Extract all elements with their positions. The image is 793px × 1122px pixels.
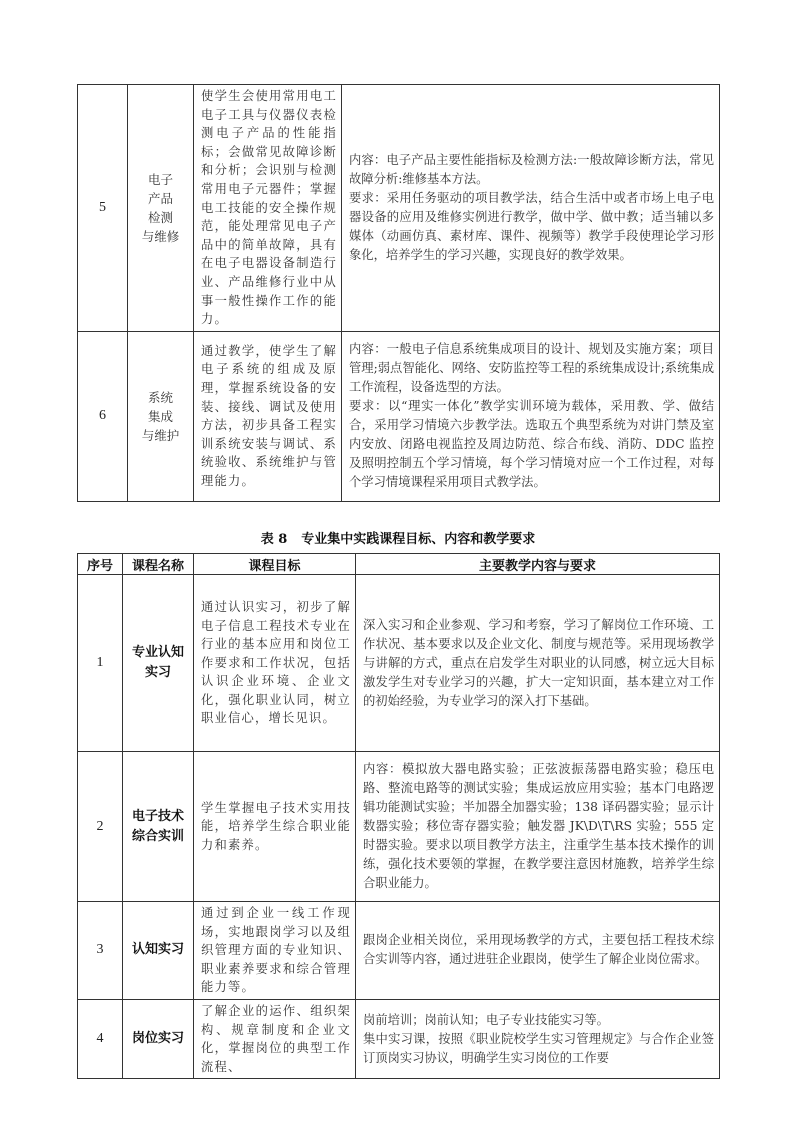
course-goal: 通过到企业一线工作现场，实地跟岗学习以及组织管理方面的专业知识、职业素养要求和综… [194, 902, 356, 1000]
table-caption: 表 8专业集中实践课程目标、内容和教学要求 [77, 528, 719, 547]
course-name-line: 岗位实习 [123, 1029, 193, 1049]
table-row: 4 岗位实习 了解企业的运作、组织架构、规章制度和企业文化，掌握岗位的典型工作流… [78, 999, 720, 1078]
course-goal: 了解企业的运作、组织架构、规章制度和企业文化，掌握岗位的典型工作流程、 [194, 999, 356, 1078]
content-paragraph: 集中实习课，按照《职业院校学生实习管理规定》与合作企业签订顶岗实习协议，明确学生… [363, 1030, 714, 1068]
content-paragraph: 岗前培训；岗前认知；电子专业技能实习等。 [363, 1011, 714, 1030]
course-name-line: 专业认知 [123, 643, 193, 663]
content-paragraph: 内容：一般电子信息系统集成项目的设计、规划及实施方案；项目管理;弱点智能化、网络… [349, 340, 714, 397]
course-name-line: 系统 [128, 388, 193, 407]
course-content: 深入实习和企业参观、学习和考察，学习了解岗位工作环境、工作状况、基本要求以及企业… [356, 575, 720, 752]
course-goal: 学生掌握电子技术实用技能，培养学生综合职业能力和素养。 [194, 752, 356, 902]
course-goal: 通过教学，使学生了解电子系统的组成及原理，掌握系统设备的安装、接线、调试及使用方… [194, 331, 342, 501]
course-name-line: 与维护 [128, 426, 193, 445]
course-goal: 使学生会使用常用电工电子工具与仪器仪表检测电子产品的性能指标；会做常见故障诊断和… [194, 85, 342, 332]
course-name-line: 电子技术 [123, 807, 193, 827]
content-paragraph: 内容：电子产品主要性能指标及检测方法:一般故障诊断方法，常见故障分析:维修基本方… [349, 151, 714, 189]
content-paragraph: 深入实习和企业参观、学习和考察，学习了解岗位工作环境、工作状况、基本要求以及企业… [363, 616, 714, 711]
row-index: 4 [78, 999, 123, 1078]
row-index: 1 [78, 575, 123, 752]
course-name-line: 产品 [128, 189, 193, 208]
row-index: 2 [78, 752, 123, 902]
course-name-line: 认知实习 [123, 940, 193, 960]
content-paragraph: 要求：以“理实一体化”教学实训环境为载体，采用教、学、做结合，采用学习情境六步教… [349, 397, 714, 492]
table-header-row: 序号 课程名称 课程目标 主要教学内容与要求 [78, 554, 720, 575]
table-row: 3 认知实习 通过到企业一线工作现场，实地跟岗学习以及组织管理方面的专业知识、职… [78, 902, 720, 1000]
course-name-line: 检测 [128, 208, 193, 227]
course-name: 认知实习 [123, 902, 194, 1000]
caption-title: 专业集中实践课程目标、内容和教学要求 [301, 532, 535, 547]
course-content: 跟岗企业相关岗位，采用现场教学的方式，主要包括工程技术综合实训等内容，通过进驻企… [356, 902, 720, 1000]
course-name: 专业认知 实习 [123, 575, 194, 752]
table7-continued: 5 电子 产品 检测 与维修 使学生会使用常用电工电子工具与仪器仪表检测电子产品… [77, 84, 720, 502]
course-content: 内容：一般电子信息系统集成项目的设计、规划及实施方案；项目管理;弱点智能化、网络… [342, 331, 720, 501]
row-index: 3 [78, 902, 123, 1000]
content-paragraph: 跟岗企业相关岗位，采用现场教学的方式，主要包括工程技术综合实训等内容，通过进驻企… [363, 931, 714, 969]
caption-label: 表 8 [261, 532, 288, 547]
course-name: 电子 产品 检测 与维修 [128, 85, 194, 332]
header-content: 主要教学内容与要求 [356, 554, 720, 575]
course-name: 岗位实习 [123, 999, 194, 1078]
content-paragraph: 要求：采用任务驱动的项目教学法，结合生活中或者市场上电子电器设备的应用及维修实例… [349, 189, 714, 265]
content-paragraph: 内容：模拟放大器电路实验；正弦波振荡器电路实验；稳压电路、整流电路等的测试实验；… [363, 760, 714, 893]
table-row: 5 电子 产品 检测 与维修 使学生会使用常用电工电子工具与仪器仪表检测电子产品… [78, 85, 720, 332]
course-content: 内容：模拟放大器电路实验；正弦波振荡器电路实验；稳压电路、整流电路等的测试实验；… [356, 752, 720, 902]
table-row: 2 电子技术 综合实训 学生掌握电子技术实用技能，培养学生综合职业能力和素养。 … [78, 752, 720, 902]
course-name-line: 实习 [123, 663, 193, 683]
course-name-line: 集成 [128, 407, 193, 426]
course-content: 岗前培训；岗前认知；电子专业技能实习等。 集中实习课，按照《职业院校学生实习管理… [356, 999, 720, 1078]
course-name-line: 电子 [128, 170, 193, 189]
course-content: 内容：电子产品主要性能指标及检测方法:一般故障诊断方法，常见故障分析:维修基本方… [342, 85, 720, 332]
header-goal: 课程目标 [194, 554, 356, 575]
table-row: 1 专业认知 实习 通过认识实习，初步了解电子信息工程技术专业在行业的基本应用和… [78, 575, 720, 752]
row-index: 5 [78, 85, 128, 332]
header-index: 序号 [78, 554, 123, 575]
course-name-line: 综合实训 [123, 827, 193, 847]
table8: 序号 课程名称 课程目标 主要教学内容与要求 1 专业认知 实习 通过认识实习，… [77, 553, 720, 1079]
course-name-line: 与维修 [128, 227, 193, 246]
row-index: 6 [78, 331, 128, 501]
course-goal: 通过认识实习，初步了解电子信息工程技术专业在行业的基本应用和岗位工作要求和工作状… [194, 575, 356, 752]
header-name: 课程名称 [123, 554, 194, 575]
course-name: 系统 集成 与维护 [128, 331, 194, 501]
course-name: 电子技术 综合实训 [123, 752, 194, 902]
table-row: 6 系统 集成 与维护 通过教学，使学生了解电子系统的组成及原理，掌握系统设备的… [78, 331, 720, 501]
